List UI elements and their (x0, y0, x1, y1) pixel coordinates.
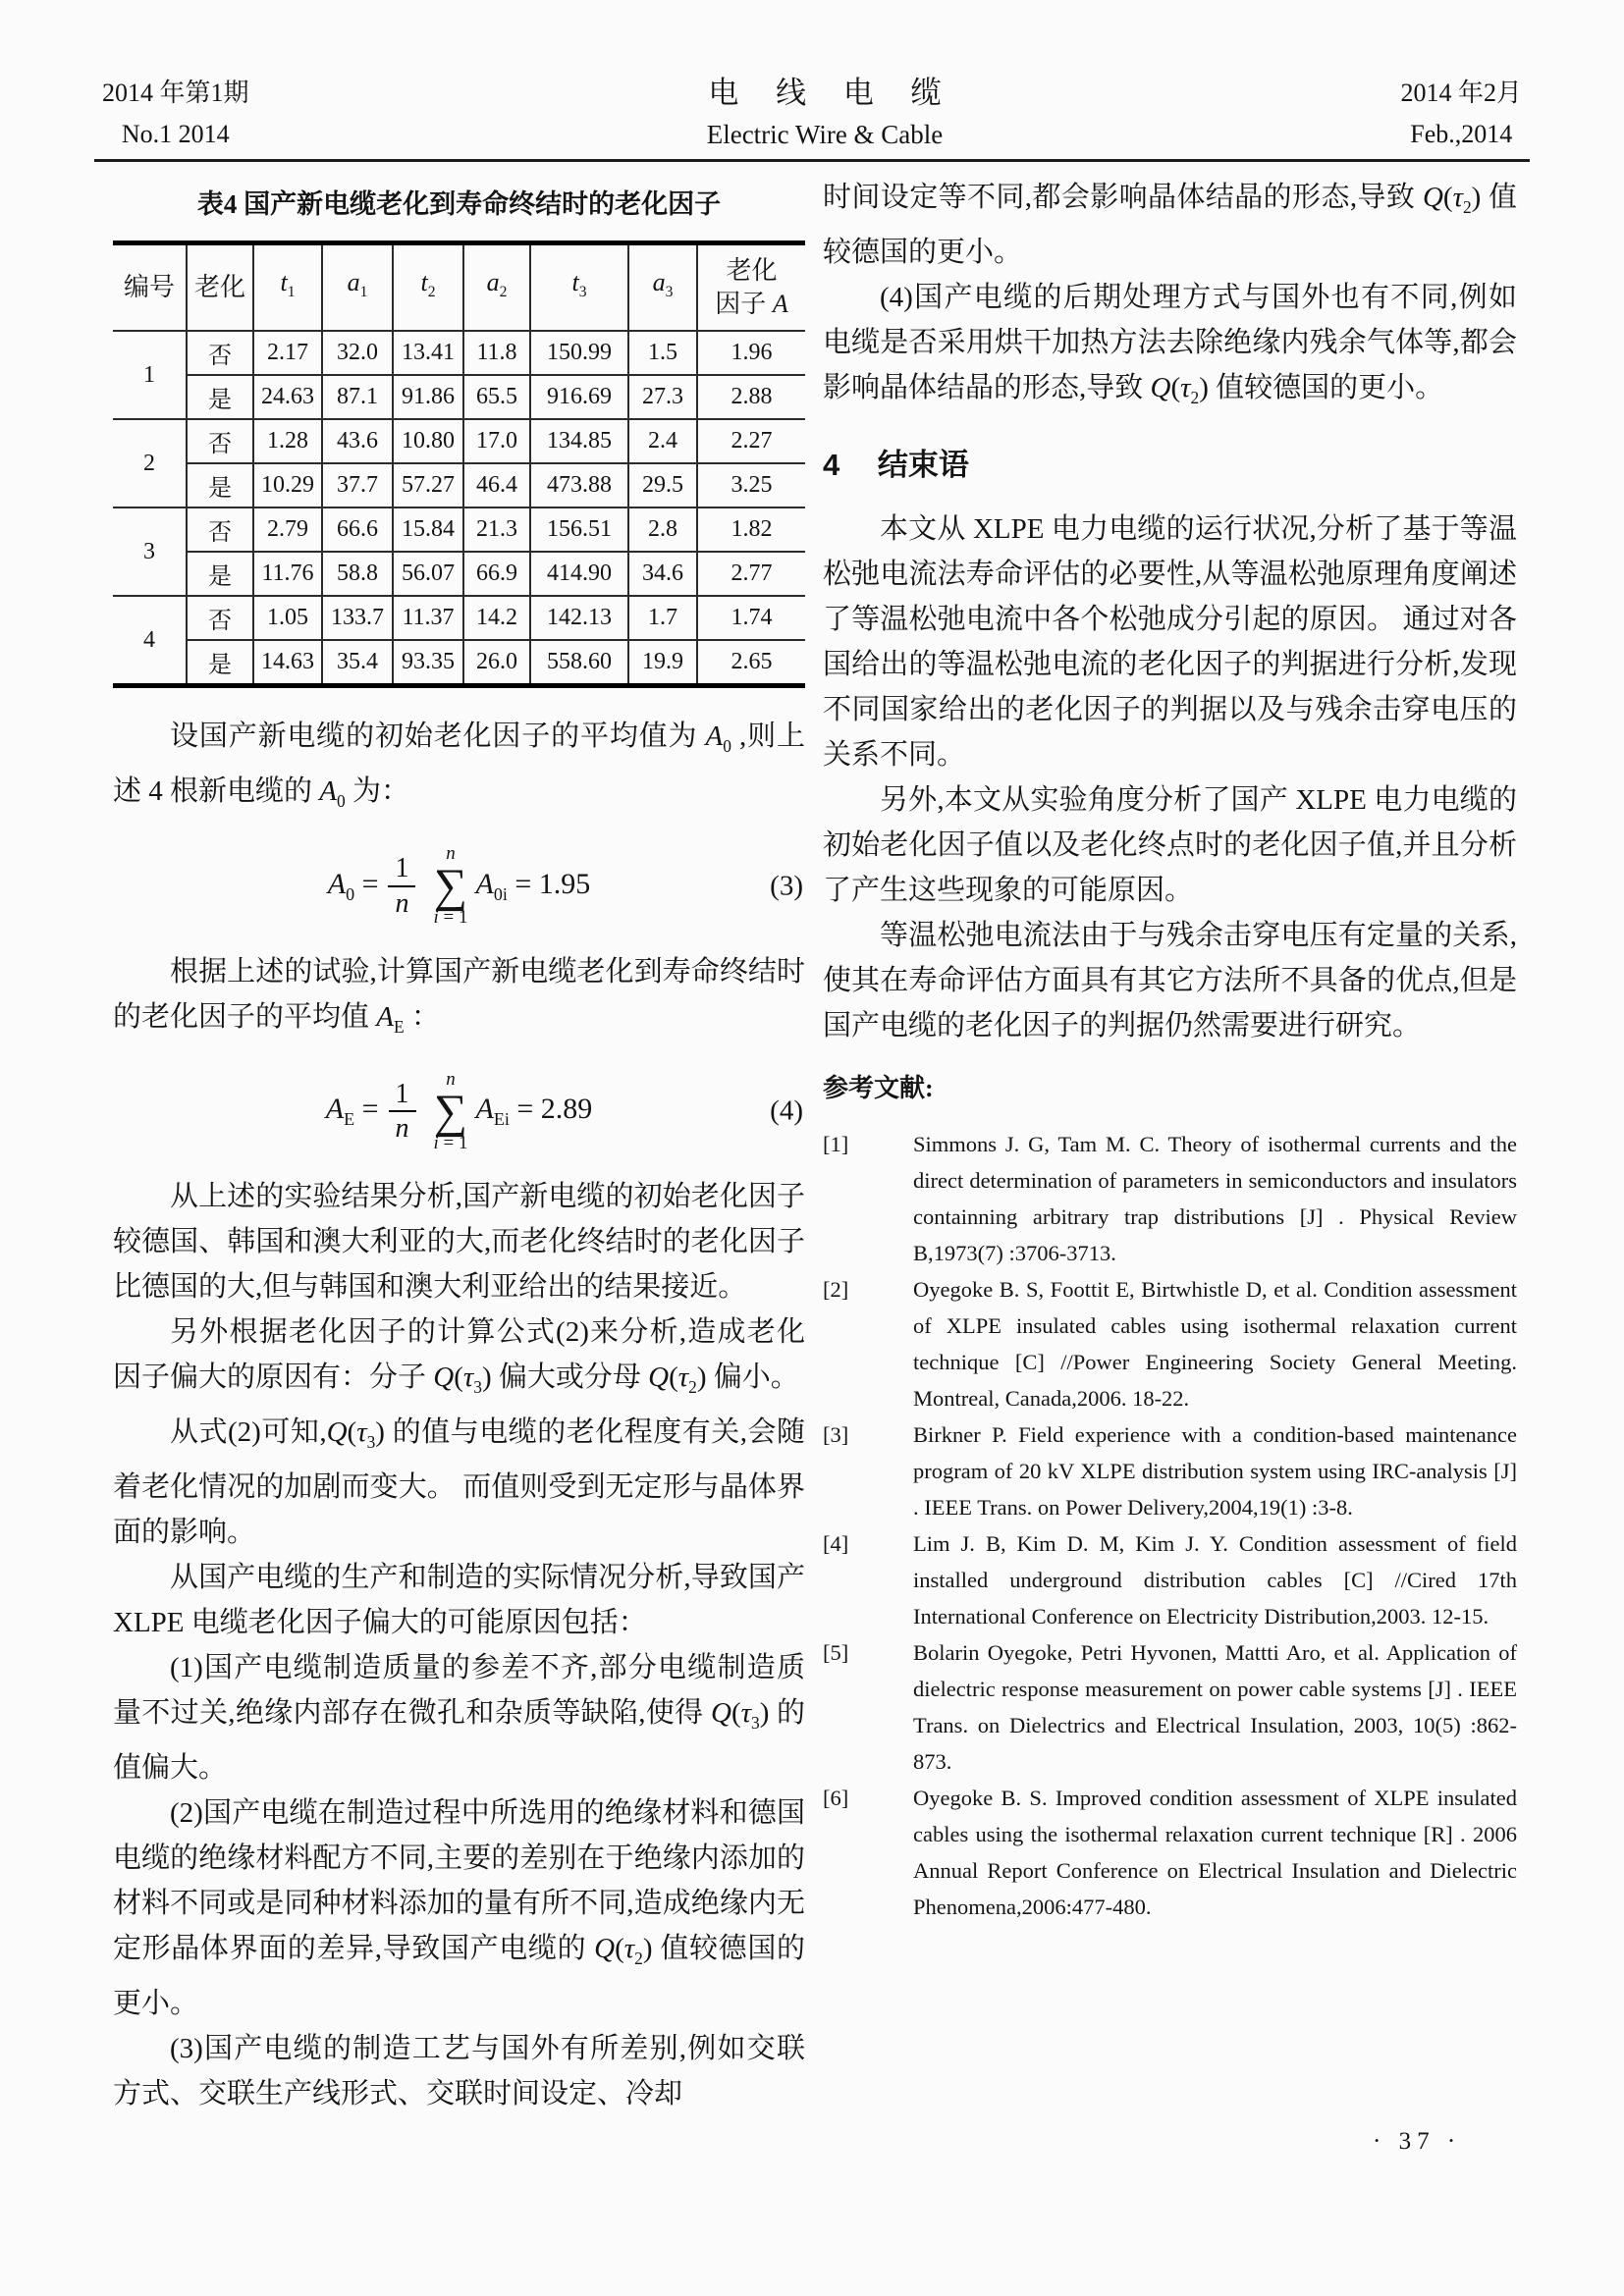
cable-number-cell: 4 (113, 596, 187, 686)
fraction-numerator: 1 (389, 1078, 416, 1111)
reference-text: Bolarin Oyegoke, Petri Hyvonen, Mattti A… (913, 1634, 1517, 1780)
value-cell: 13.41 (393, 331, 463, 375)
reference-text: Lim J. B, Kim D. M, Kim J. Y. Condition … (913, 1525, 1517, 1634)
reference-item: [5]Bolarin Oyegoke, Petri Hyvonen, Mattt… (823, 1634, 1517, 1780)
paragraph: 等温松弛电流法由于与残余击穿电压有定量的关系,使其在寿命评估方面具有其它方法所不… (823, 913, 1517, 1048)
col-header-a1: a1 (322, 243, 393, 332)
journal-title-en: Electric Wire & Cable (693, 114, 955, 155)
value-cell: 2.79 (253, 507, 322, 552)
reference-label: [3] (823, 1416, 913, 1525)
aged-cell: 是 (187, 375, 253, 419)
value-cell: 29.5 (628, 463, 697, 507)
reference-text: Oyegoke B. S, Foottit E, Birtwhistle D, … (913, 1271, 1517, 1416)
equation-4: AE = 1 n n ∑ i = 1 AEi = 2.89 (4) (113, 1056, 805, 1166)
fraction: 1 n (389, 1078, 416, 1146)
value-cell: 66.9 (463, 552, 530, 596)
value-cell: 19.9 (628, 640, 697, 686)
aged-cell: 否 (187, 596, 253, 640)
table-row: 是24.6387.191.8665.5916.6927.32.88 (113, 375, 805, 419)
paragraph: 本文从 XLPE 电力电缆的运行状况,分析了基于等温松弛电流法寿命评估的必要性,… (823, 507, 1517, 777)
col-header-t2: t2 (393, 243, 463, 332)
equation-4-body: AE = 1 n n ∑ i = 1 AEi = 2.89 (326, 1070, 593, 1153)
reference-item: [3]Birkner P. Field experience with a co… (823, 1416, 1517, 1525)
paragraph: 从国产电缆的生产和制造的实际情况分析,导致国产 XLPE 电缆老化因子偏大的可能… (113, 1555, 805, 1645)
reference-label: [6] (823, 1780, 913, 1925)
cable-number-cell: 1 (113, 331, 187, 419)
value-cell: 11.8 (463, 331, 530, 375)
value-cell: 2.88 (697, 375, 805, 419)
value-cell: 1.74 (697, 596, 805, 640)
equation-number: (3) (770, 870, 803, 902)
value-cell: 14.2 (463, 596, 530, 640)
value-cell: 21.3 (463, 507, 530, 552)
aged-cell: 是 (187, 552, 253, 596)
right-top-paragraphs: 时间设定等不同,都会影响晶体结晶的形态,导致 Q(τ2) 值较德国的更小。(4)… (823, 175, 1517, 420)
table-row: 是11.7658.856.0766.9414.9034.62.77 (113, 552, 805, 596)
equation-3: A0 = 1 n n ∑ i = 1 A0i = 1.95 (3) (113, 831, 805, 941)
value-cell: 134.85 (530, 419, 628, 463)
table-row: 2否1.2843.610.8017.0134.852.42.27 (113, 419, 805, 463)
eq4-lhs: AE = (326, 1093, 379, 1130)
date-cn: 2014 年2月 (1400, 73, 1522, 114)
value-cell: 2.27 (697, 419, 805, 463)
table-header: 编号 老化 t1 a1 t2 a2 t3 a3 老化 因子 A (113, 243, 805, 332)
value-cell: 10.80 (393, 419, 463, 463)
value-cell: 2.77 (697, 552, 805, 596)
value-cell: 150.99 (530, 331, 628, 375)
section-title: 结束语 (878, 448, 969, 482)
value-cell: 27.3 (628, 375, 697, 419)
value-cell: 414.90 (530, 552, 628, 596)
date-en: Feb.,2014 (1400, 114, 1522, 155)
col-header-aged: 老化 (187, 243, 253, 332)
value-cell: 43.6 (322, 419, 393, 463)
value-cell: 46.4 (463, 463, 530, 507)
value-cell: 34.6 (628, 552, 697, 596)
reference-label: [4] (823, 1525, 913, 1634)
reference-item: [4]Lim J. B, Kim D. M, Kim J. Y. Conditi… (823, 1525, 1517, 1634)
value-cell: 3.25 (697, 463, 805, 507)
reference-label: [5] (823, 1634, 913, 1780)
sigma-symbol: ∑ (434, 864, 467, 909)
summation-lower-limit: i = 1 (433, 908, 467, 928)
left-column: 表4 国产新电缆老化到寿命终结时的老化因子 编号 老化 t1 a1 t2 a2 (113, 175, 805, 2116)
header-divider (94, 159, 1530, 162)
value-cell: 916.69 (530, 375, 628, 419)
paragraph: 根据上述的试验,计算国产新电缆老化到寿命终结时的老化因子的平均值 AE ： (113, 949, 805, 1049)
value-cell: 65.5 (463, 375, 530, 419)
cable-number-cell: 3 (113, 507, 187, 596)
value-cell: 24.63 (253, 375, 322, 419)
value-cell: 11.37 (393, 596, 463, 640)
value-cell: 473.88 (530, 463, 628, 507)
summation: n ∑ i = 1 (433, 844, 467, 928)
value-cell: 14.63 (253, 640, 322, 686)
fraction-denominator: n (388, 885, 415, 921)
reference-item: [6]Oyegoke B. S. Improved condition asse… (823, 1780, 1517, 1925)
paragraph: 从式(2)可知,Q(τ3) 的值与电缆的老化程度有关,会随着老化情况的加剧而变大… (113, 1410, 805, 1555)
paragraph: 另外,本文从实验角度分析了国产 XLPE 电力电缆的初始老化因子值以及老化终点时… (823, 777, 1517, 913)
value-cell: 2.17 (253, 331, 322, 375)
value-cell: 35.4 (322, 640, 393, 686)
reference-text: Birkner P. Field experience with a condi… (913, 1416, 1517, 1525)
reference-text: Oyegoke B. S. Improved condition assessm… (913, 1780, 1517, 1925)
value-cell: 57.27 (393, 463, 463, 507)
aged-cell: 否 (187, 331, 253, 375)
issue-en: No.1 2014 (102, 114, 249, 155)
paragraph: 时间设定等不同,都会影响晶体结晶的形态,导致 Q(τ2) 值较德国的更小。 (823, 175, 1517, 275)
value-cell: 17.0 (463, 419, 530, 463)
value-cell: 2.4 (628, 419, 697, 463)
references-heading: 参考文献: (823, 1068, 1517, 1104)
value-cell: 156.51 (530, 507, 628, 552)
reference-label: [2] (823, 1271, 913, 1416)
value-cell: 87.1 (322, 375, 393, 419)
paragraph: (3)国产电缆的制造工艺与国外有所差别,例如交联方式、交联生产线形式、交联时间设… (113, 2026, 805, 2116)
value-cell: 1.7 (628, 596, 697, 640)
reference-label: [1] (823, 1126, 913, 1271)
col-header-a2: a2 (463, 243, 530, 332)
reference-text: Simmons J. G, Tam M. C. Theory of isothe… (913, 1126, 1517, 1271)
paragraph: (4)国产电缆的后期处理方式与国外也有不同,例如电缆是否采用烘干加热方法去除绝缘… (823, 275, 1517, 420)
value-cell: 142.13 (530, 596, 628, 640)
table-row: 3否2.7966.615.8421.3156.512.81.82 (113, 507, 805, 552)
value-cell: 15.84 (393, 507, 463, 552)
conclusion-paragraphs: 本文从 XLPE 电力电缆的运行状况,分析了基于等温松弛电流法寿命评估的必要性,… (823, 507, 1517, 1048)
section-number: 4 (823, 448, 839, 482)
col-header-aging-factor: 老化 因子 A (697, 243, 805, 332)
aged-cell: 否 (187, 507, 253, 552)
summation: n ∑ i = 1 (434, 1070, 468, 1153)
aged-cell: 是 (187, 640, 253, 686)
value-cell: 1.5 (628, 331, 697, 375)
summation-lower-limit: i = 1 (434, 1134, 468, 1153)
value-cell: 133.7 (322, 596, 393, 640)
col-header-t3: t3 (530, 243, 628, 332)
table-row: 1否2.1732.013.4111.8150.991.51.96 (113, 331, 805, 375)
page-number: · 37 · (1373, 2128, 1461, 2156)
header-journal: 电 线 电 缆 Electric Wire & Cable (693, 73, 955, 155)
value-cell: 93.35 (393, 640, 463, 686)
reference-item: [2]Oyegoke B. S, Foottit E, Birtwhistle … (823, 1271, 1517, 1416)
paragraph: 从上述的实验结果分析,国产新电缆的初始老化因子较德国、韩国和澳大利亚的大,而老化… (113, 1174, 805, 1309)
value-cell: 1.82 (697, 507, 805, 552)
value-cell: 66.6 (322, 507, 393, 552)
value-cell: 1.05 (253, 596, 322, 640)
value-cell: 1.28 (253, 419, 322, 463)
header-date: 2014 年2月 Feb.,2014 (1400, 73, 1522, 155)
table-row: 是14.6335.493.3526.0558.6019.92.65 (113, 640, 805, 686)
table-row: 4否1.05133.711.3714.2142.131.71.74 (113, 596, 805, 640)
value-cell: 26.0 (463, 640, 530, 686)
fraction-denominator: n (389, 1110, 416, 1146)
reference-item: [1]Simmons J. G, Tam M. C. Theory of iso… (823, 1126, 1517, 1271)
paragraph: 设国产新电缆的初始老化因子的平均值为 A0 ,则上述 4 根新电缆的 A0 为： (113, 714, 805, 824)
col-header-number: 编号 (113, 243, 187, 332)
journal-header: 2014 年第1期 No.1 2014 电 线 电 缆 Electric Wir… (102, 73, 1522, 155)
value-cell: 56.07 (393, 552, 463, 596)
issue-cn: 2014 年第1期 (102, 73, 249, 114)
value-cell: 2.65 (697, 640, 805, 686)
references-list: [1]Simmons J. G, Tam M. C. Theory of iso… (823, 1126, 1517, 1925)
col-header-t1: t1 (253, 243, 322, 332)
page: 2014 年第1期 No.1 2014 电 线 电 缆 Electric Wir… (0, 0, 1624, 2296)
value-cell: 11.76 (253, 552, 322, 596)
paragraph: (2)国产电缆在制造过程中所选用的绝缘材料和德国电缆的绝缘材料配方不同,主要的差… (113, 1790, 805, 2026)
paragraph: 另外根据老化因子的计算公式(2)来分析,造成老化因子偏大的原因有：分子 Q(τ3… (113, 1309, 805, 1410)
aging-factor-table: 编号 老化 t1 a1 t2 a2 t3 a3 老化 因子 A 1否 (113, 240, 805, 688)
aged-cell: 是 (187, 463, 253, 507)
paragraph: (1)国产电缆制造质量的参差不齐,部分电缆制造质量不过关,绝缘内部存在微孔和杂质… (113, 1645, 805, 1790)
col-header-aging-factor-line1: 老化 (698, 254, 805, 288)
header-issue: 2014 年第1期 No.1 2014 (102, 73, 249, 155)
equation-3-body: A0 = 1 n n ∑ i = 1 A0i = 1.95 (328, 844, 591, 928)
page-body: 表4 国产新电缆老化到寿命终结时的老化因子 编号 老化 t1 a1 t2 a2 (113, 175, 1517, 2116)
section-heading: 4 结束语 (823, 444, 1517, 487)
right-column: 时间设定等不同,都会影响晶体结晶的形态,导致 Q(τ2) 值较德国的更小。(4)… (823, 175, 1517, 2116)
value-cell: 2.8 (628, 507, 697, 552)
value-cell: 37.7 (322, 463, 393, 507)
aged-cell: 否 (187, 419, 253, 463)
value-cell: 10.29 (253, 463, 322, 507)
fraction-numerator: 1 (388, 852, 415, 885)
eq3-lhs: A0 = (328, 868, 379, 905)
equation-number: (4) (770, 1095, 803, 1128)
fraction: 1 n (388, 852, 415, 920)
table-body: 1否2.1732.013.4111.8150.991.51.96是24.6387… (113, 331, 805, 686)
value-cell: 558.60 (530, 640, 628, 686)
eq4-rhs: AEi = 2.89 (476, 1093, 593, 1130)
value-cell: 58.8 (322, 552, 393, 596)
col-header-aging-factor-line2: 因子 A (698, 288, 805, 321)
table-title: 表4 国产新电缆老化到寿命终结时的老化因子 (113, 183, 805, 221)
table-row: 是10.2937.757.2746.4473.8829.53.25 (113, 463, 805, 507)
value-cell: 1.96 (697, 331, 805, 375)
table-header-row: 编号 老化 t1 a1 t2 a2 t3 a3 老化 因子 A (113, 243, 805, 332)
cable-number-cell: 2 (113, 419, 187, 507)
sigma-symbol: ∑ (434, 1090, 467, 1135)
col-header-a3: a3 (628, 243, 697, 332)
journal-title-cn: 电 线 电 缆 (693, 73, 955, 114)
value-cell: 91.86 (393, 375, 463, 419)
eq3-rhs: A0i = 1.95 (475, 868, 590, 905)
left-paragraphs: 从上述的实验结果分析,国产新电缆的初始老化因子较德国、韩国和澳大利亚的大,而老化… (113, 1174, 805, 2115)
value-cell: 32.0 (322, 331, 393, 375)
